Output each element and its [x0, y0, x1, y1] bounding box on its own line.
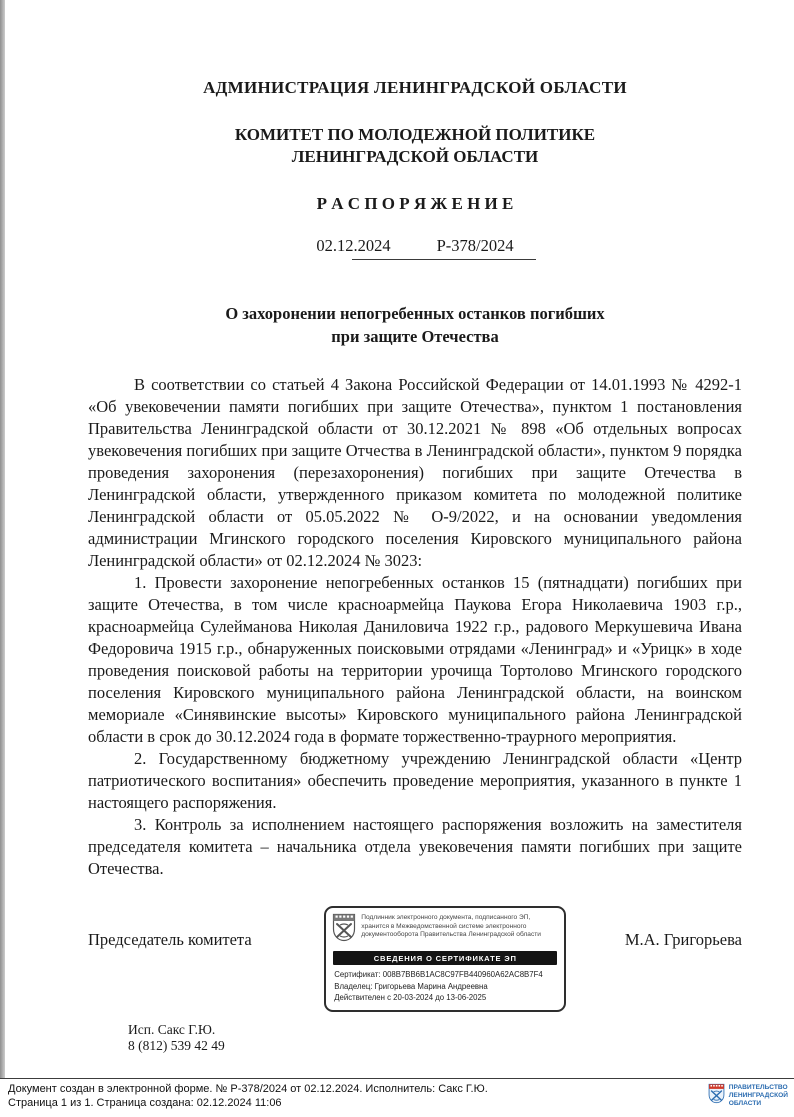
signer-name: М.А. Григорьева: [625, 930, 742, 950]
committee-name-line2: ЛЕНИНГРАДСКОЙ ОБЛАСТИ: [88, 146, 742, 168]
preamble-paragraph: В соответствии со статьей 4 Закона Росси…: [88, 374, 742, 572]
footer-bar: Документ создан в электронной форме. № Р…: [0, 1078, 794, 1117]
page-edge-shadow: [0, 0, 5, 1117]
order-item-2: 2. Государственному бюджетному учреждени…: [88, 748, 742, 814]
document-number: Р-378/2024: [437, 236, 514, 256]
government-logo-line1: ПРАВИТЕЛЬСТВО: [729, 1084, 788, 1092]
date-number-group: 02.12.2024 Р-378/2024: [316, 236, 513, 256]
order-item-3: 3. Контроль за исполнением настоящего ра…: [88, 814, 742, 880]
date-number-row: 02.12.2024 Р-378/2024: [88, 236, 742, 256]
document-subject: О захоронении непогребенных останков пог…: [88, 302, 742, 348]
document-body: В соответствии со статьей 4 Закона Росси…: [88, 374, 742, 880]
government-logo-line3: ОБЛАСТИ: [729, 1100, 788, 1108]
stamp-owner: Владелец: Григорьева Марина Андреевна: [332, 981, 558, 993]
government-crest-icon: [708, 1083, 725, 1109]
document-content: АДМИНИСТРАЦИЯ ЛЕНИНГРАДСКОЙ ОБЛАСТИ КОМИ…: [88, 0, 742, 1054]
footer-meta: Документ создан в электронной форме. № Р…: [8, 1082, 488, 1110]
document-type-heading: Р А С П О Р Я Ж Е Н И Е: [88, 194, 742, 214]
footer-meta-line2: Страница 1 из 1. Страница создана: 02.12…: [8, 1096, 488, 1110]
government-logo: ПРАВИТЕЛЬСТВО ЛЕНИНГРАДСКОЙ ОБЛАСТИ: [708, 1083, 788, 1109]
order-item-1: 1. Провести захоронение непогребенных ос…: [88, 572, 742, 748]
executor-name: Исп. Сакс Г.Ю.: [128, 1022, 742, 1038]
committee-name-line1: КОМИТЕТ ПО МОЛОДЕЖНОЙ ПОЛИТИКЕ: [88, 124, 742, 146]
stamp-certificate-bar: СВЕДЕНИЯ О СЕРТИФИКАТЕ ЭП: [333, 951, 557, 965]
committee-name: КОМИТЕТ ПО МОЛОДЕЖНОЙ ПОЛИТИКЕ ЛЕНИНГРАД…: [88, 124, 742, 168]
signature-rule-line: [352, 259, 536, 260]
stamp-certificate-number: Сертификат: 008B7BB6B1AC8C97FB440960A62A…: [332, 969, 558, 981]
footer-meta-line1: Документ создан в электронной форме. № Р…: [8, 1082, 488, 1096]
executor-block: Исп. Сакс Г.Ю. 8 (812) 539 42 49: [128, 1022, 742, 1054]
document-date: 02.12.2024: [316, 236, 390, 256]
stamp-notice-text: Подлинник электронного документа, подпис…: [361, 913, 558, 940]
stamp-validity: Действителен с 20-03-2024 до 13-06-2025: [332, 992, 558, 1004]
electronic-signature-stamp: Подлинник электронного документа, подпис…: [324, 906, 566, 1012]
subject-line2: при защите Отечества: [88, 325, 742, 348]
signature-row: Председатель комитета: [88, 906, 742, 1012]
government-logo-text: ПРАВИТЕЛЬСТВО ЛЕНИНГРАДСКОЙ ОБЛАСТИ: [729, 1084, 788, 1108]
executor-phone: 8 (812) 539 42 49: [128, 1038, 742, 1054]
government-logo-line2: ЛЕНИНГРАДСКОЙ: [729, 1092, 788, 1100]
administration-name: АДМИНИСТРАЦИЯ ЛЕНИНГРАДСКОЙ ОБЛАСТИ: [88, 78, 742, 98]
stamp-header: Подлинник электронного документа, подпис…: [332, 913, 558, 947]
signer-position: Председатель комитета: [88, 930, 252, 950]
document-page: АДМИНИСТРАЦИЯ ЛЕНИНГРАДСКОЙ ОБЛАСТИ КОМИ…: [0, 0, 794, 1117]
leningrad-oblast-crest-icon: [332, 913, 356, 947]
subject-line1: О захоронении непогребенных останков пог…: [88, 302, 742, 325]
